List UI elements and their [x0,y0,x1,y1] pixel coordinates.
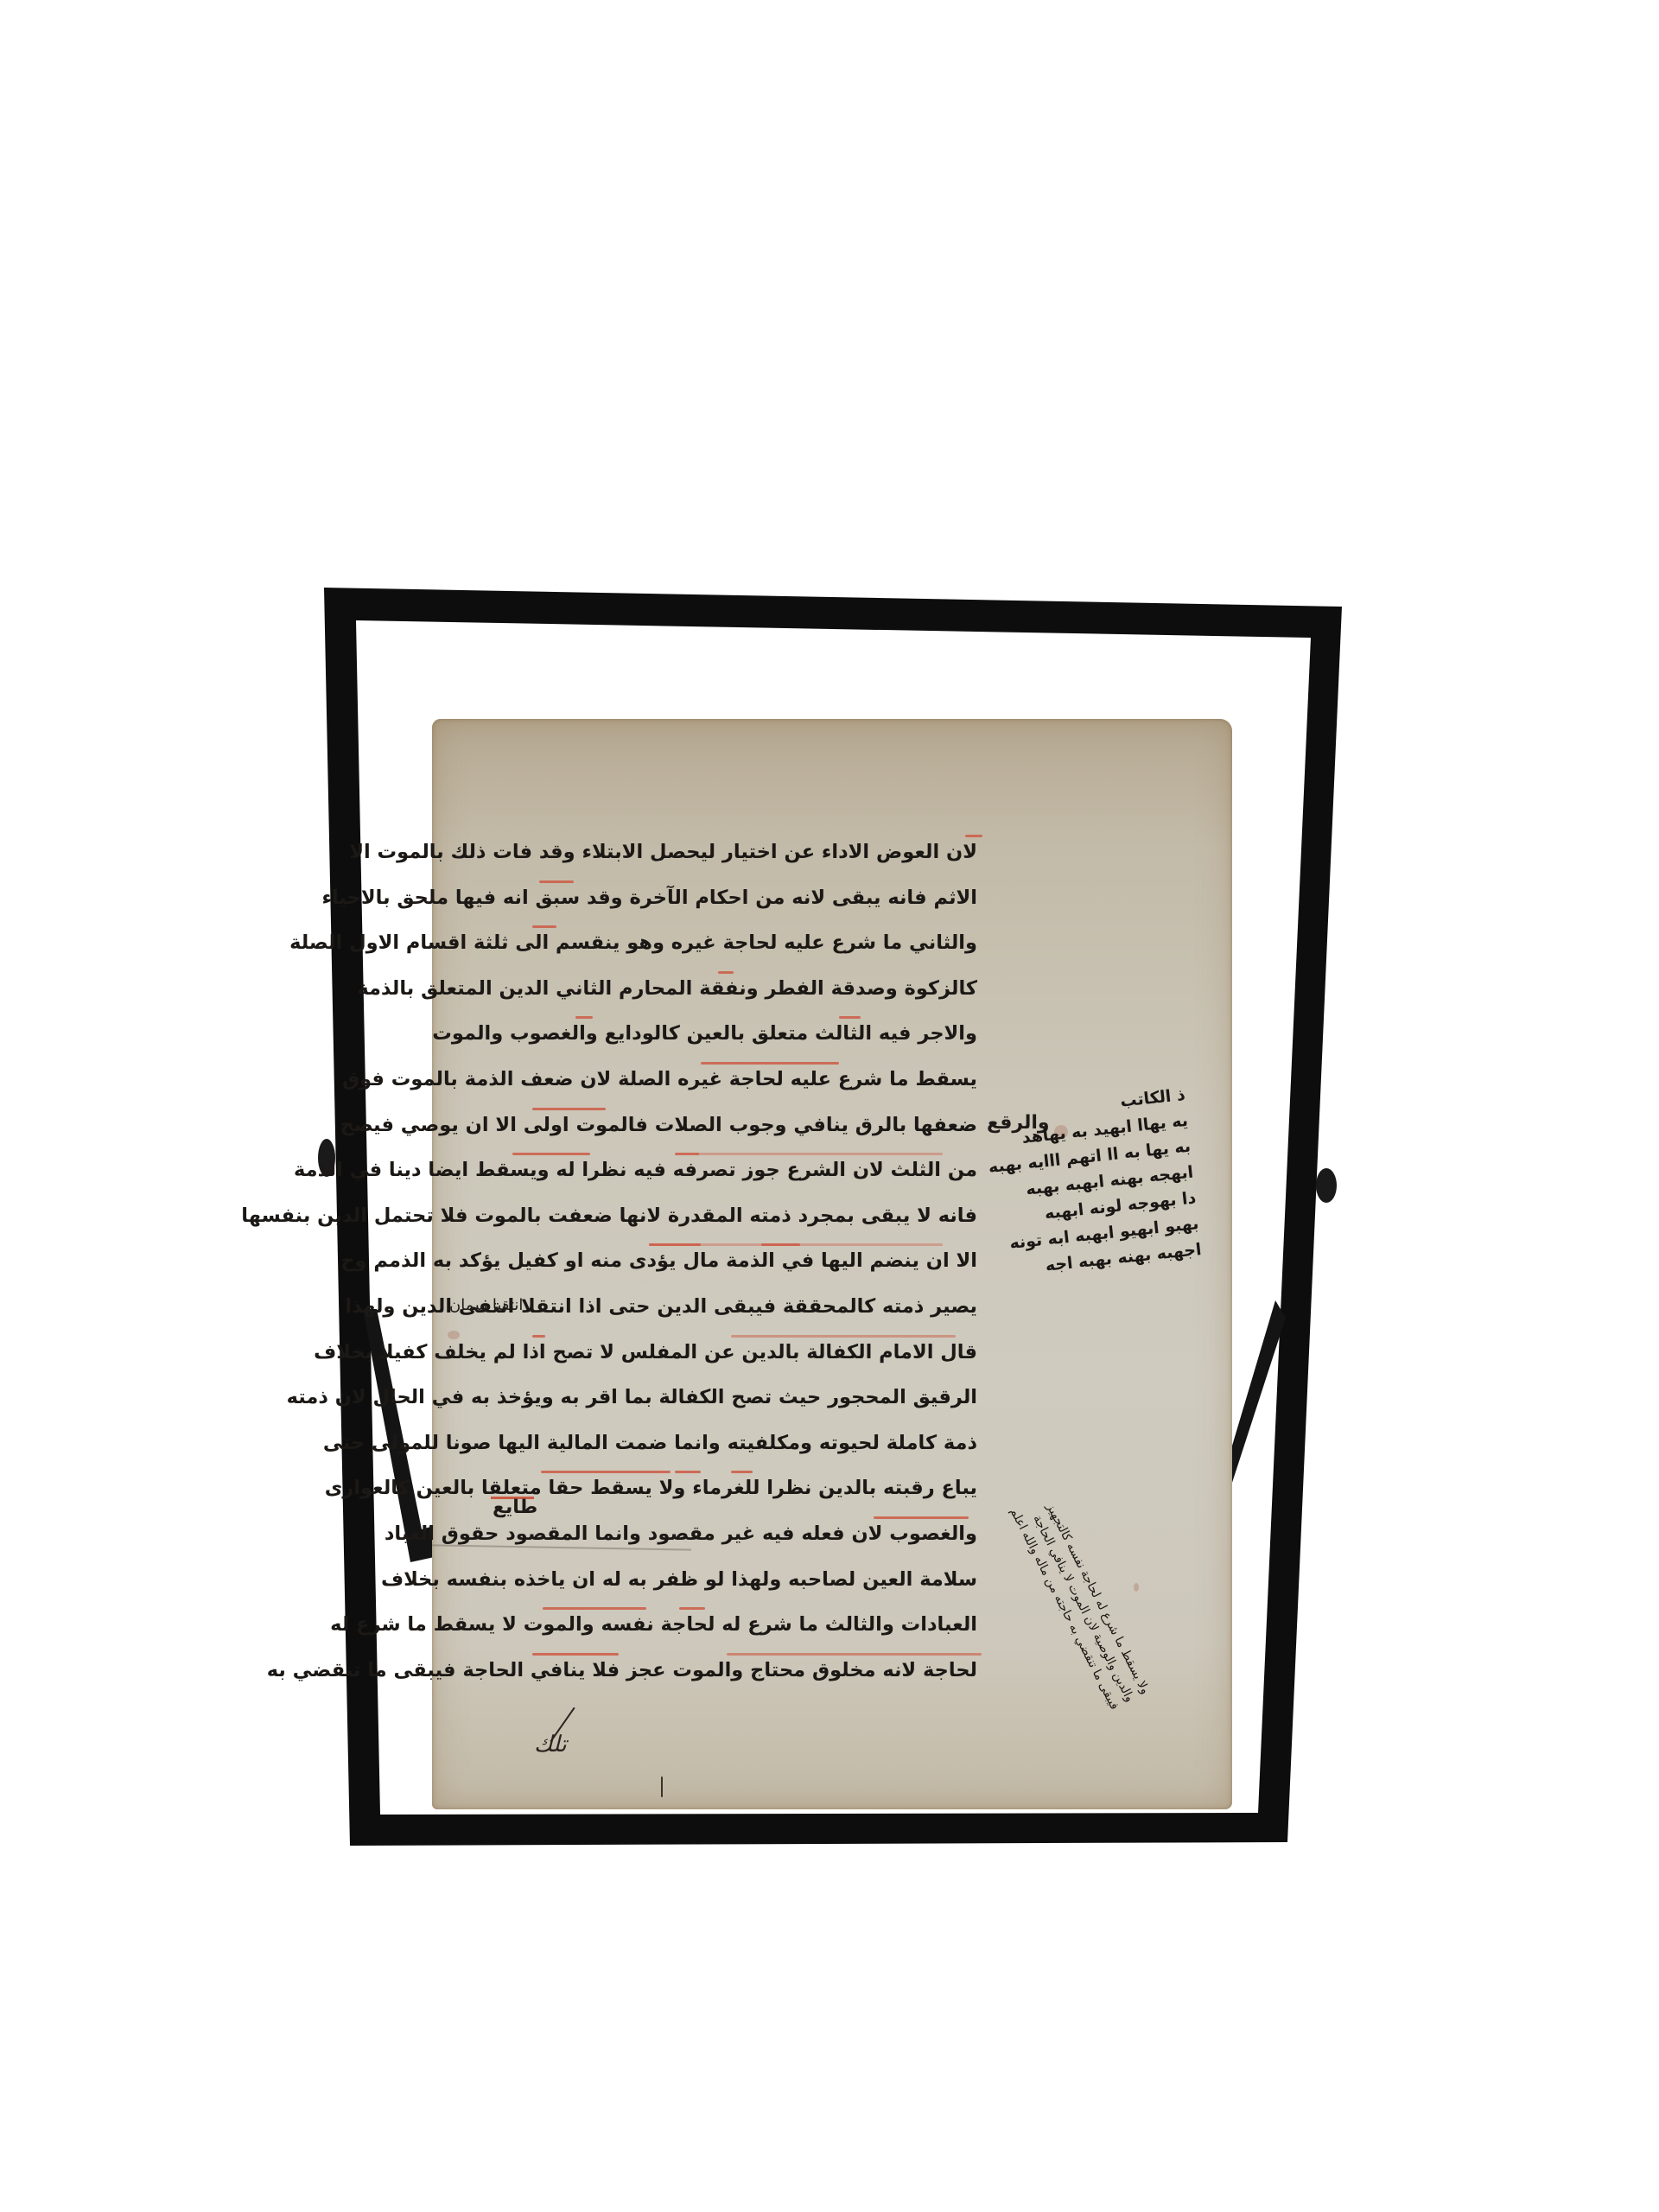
manuscript-leaf: لان العوض الاداء عن اختيار ليحصل الابتلا… [432,719,1232,1809]
text-line-content: سلامة العين لصاحبه ولهذا لو ظفر به له ان… [381,1568,977,1591]
text-line: فانه لا يبقى بمجرد ذمته المقدرة لانها ضع… [532,1193,977,1239]
text-line-content: يصير ذمته كالمحققة فيبقى الدين حتى اذا ا… [345,1295,977,1318]
text-line: كالزكوة وصدقة الفطر ونفقة المحارم الثاني… [532,966,977,1012]
text-line: سلامة العين لصاحبه ولهذا لو ظفر به له ان… [532,1557,977,1603]
text-line: الا ان ينضم اليها في الذمة مال يؤدى منه … [532,1238,977,1284]
text-line-content: الاثم فانه يبقى لانه من احكام الآخرة وقد… [322,887,977,909]
text-line: يصير ذمته كالمحققة فيبقى الدين حتى اذا ا… [532,1284,977,1330]
text-line-content: من الثلث لان الشرع جوز تصرفه فيه نظرا له… [294,1159,977,1181]
text-line-content: لان العوض الاداء عن اختيار ليحصل الابتلا… [349,841,977,863]
ink-mark [661,1777,663,1797]
text-line: ذمة كاملة لحيوته ومكلفيته وانما ضمت الما… [532,1421,977,1466]
text-line-content: الا ان ينضم اليها في الذمة مال يؤدى منه … [340,1249,977,1272]
gloss-line: والدين والوصية لان الموت لا ينافي الحاجة [954,1366,1138,1705]
text-line-content: والاجر فيه الثالث متعلق بالعين كالودايع … [432,1022,977,1045]
text-line: يسقط ما شرع عليه لحاجة غيره الصلة لان ضع… [532,1057,977,1103]
right-hinge-knob [1316,1168,1337,1203]
text-line-content: العبادات والثالث ما شرع له لحاجة نفسه وا… [330,1613,977,1636]
text-line: والغصوب لان فعله فيه غير مقصود وانما الم… [532,1511,977,1557]
text-line: الرقيق المحجور حيث تصح الكفالة بما اقر ب… [532,1375,977,1421]
text-line: قال الامام الكفالة بالدين عن المفلس لا ت… [532,1330,977,1376]
left-margin-note: انتقيا سمان [449,1296,523,1314]
text-line-content: والغصوب لان فعله فيه غير مقصود وانما الم… [385,1522,977,1545]
text-line: ضعفها بالرق ينافي وجوب الصلات فالموت اول… [532,1103,977,1148]
left-margin-note-lower: طايع [493,1497,537,1518]
catchword: تلك [534,1732,567,1758]
text-line: لان العوض الاداء عن اختيار ليحصل الابتلا… [532,829,977,875]
text-line-content: لحاجة لانه مخلوق محتاج والموت عجز فلا ين… [267,1659,977,1681]
stain [1134,1583,1139,1592]
text-line: والثاني ما شرع عليه لحاجة غيره وهو ينقسم… [532,920,977,966]
text-line-content: كالزكوة وصدقة الفطر ونفقة المحارم الثاني… [357,977,977,1000]
text-line-content: ذمة كاملة لحيوته ومكلفيته وانما ضمت الما… [323,1432,977,1454]
text-line: لحاجة لانه مخلوق محتاج والموت عجز فلا ين… [532,1648,977,1694]
text-line: من الثلث لان الشرع جوز تصرفه فيه نظرا له… [532,1147,977,1193]
right-margin-gloss-block: ذ الكاتب يه يهاا ابهيد به يهاهد به يها ب… [986,1082,1203,1283]
text-line: الاثم فانه يبقى لانه من احكام الآخرة وقد… [532,875,977,921]
text-line: العبادات والثالث ما شرع له لحاجة نفسه وا… [532,1602,977,1648]
text-line-content: فانه لا يبقى بمجرد ذمته المقدرة لانها ضع… [241,1205,977,1227]
text-line: والاجر فيه الثالث متعلق بالعين كالودايع … [532,1011,977,1057]
main-text-block: لان العوض الاداء عن اختيار ليحصل الابتلا… [532,829,977,1693]
text-line-content: الرقيق المحجور حيث تصح الكفالة بما اقر ب… [287,1386,977,1408]
text-line-content: يباع رقبته بالدين نظرا للغرماء ولا يسقط … [325,1477,977,1499]
text-line-content: ضعفها بالرق ينافي وجوب الصلات فالموت اول… [340,1114,977,1136]
text-line-content: قال الامام الكفالة بالدين عن المفلس لا ت… [314,1341,977,1363]
text-line: يباع رقبته بالدين نظرا للغرماء ولا يسقط … [532,1465,977,1511]
text-line-content: يسقط ما شرع عليه لحاجة غيره الصلة لان ضع… [342,1068,977,1090]
gloss-line: ولا يسقط ما شرع له لحاجة نفسه كالتجهيز [969,1358,1154,1697]
text-line-content: والثاني ما شرع عليه لحاجة غيره وهو ينقسم… [289,931,977,954]
